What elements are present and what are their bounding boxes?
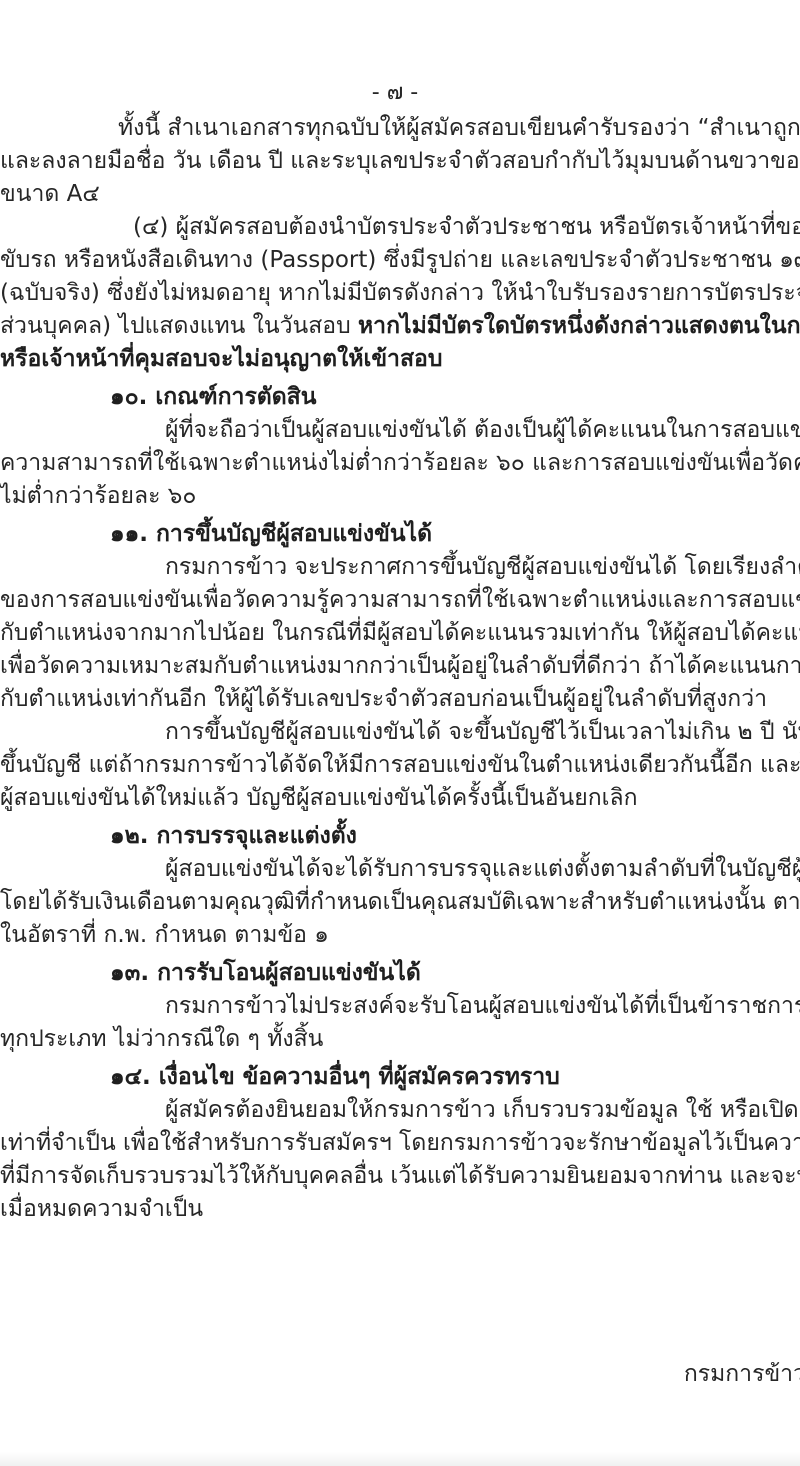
- section-14-line-3: ที่มีการจัดเก็บรวบรวมไว้ให้กับบุคคลอื่น …: [0, 1160, 800, 1193]
- footer-signature: กรมการข้าว: [684, 1358, 800, 1391]
- scan-edge-shadow: [0, 1452, 800, 1466]
- section-11-heading: ๑๑. การขึ้นบัญชีผู้สอบแข่งขันได้: [0, 518, 800, 551]
- scanned-document-page: - ๗ - ทั้งนี้ สำเนาเอกสารทุกฉบับให้ผู้สม…: [0, 0, 800, 1466]
- section-11-para1-line-1: กรมการข้าว จะประกาศการขึ้นบัญชีผู้สอบแข่…: [0, 551, 800, 584]
- section-13-line-1: กรมการข้าวไม่ประสงค์จะรับโอนผู้สอบแข่งขั…: [0, 990, 800, 1023]
- section-14-line-4: เมื่อหมดความจำเป็น: [0, 1193, 800, 1226]
- section-12-line-1: ผู้สอบแข่งขันได้จะได้รับการบรรจุและแต่งต…: [0, 853, 800, 886]
- section-13-line-2: ทุกประเภท ไม่ว่ากรณีใด ๆ ทั้งสิ้น: [0, 1023, 800, 1056]
- page-number: - ๗ -: [0, 76, 800, 109]
- item4-line-5: หรือเจ้าหน้าที่คุมสอบจะไม่อนุญาตให้เข้าส…: [0, 343, 800, 376]
- section-14-heading: ๑๔. เงื่อนไข ข้อความอื่นๆ ที่ผู้สมัครควร…: [0, 1061, 800, 1094]
- section-13-heading: ๑๓. การรับโอนผู้สอบแข่งขันได้: [0, 957, 800, 990]
- section-10-line-2: ความสามารถที่ใช้เฉพาะตำแหน่งไม่ต่ำกว่าร้…: [0, 447, 800, 480]
- section-10-heading: ๑๐. เกณฑ์การตัดสิน: [0, 381, 800, 414]
- item4-line-4: ส่วนบุคคล) ไปแสดงแทน ในวันสอบ หากไม่มีบั…: [0, 310, 800, 343]
- section-14-line-2: เท่าที่จำเป็น เพื่อใช้สำหรับการรับสมัครฯ…: [0, 1127, 800, 1160]
- item4-line-4-normal: ส่วนบุคคล) ไปแสดงแทน ในวันสอบ: [0, 313, 358, 339]
- section-11-para1-line-5: กับตำแหน่งเท่ากันอีก ให้ผู้ได้รับเลขประจ…: [0, 683, 800, 716]
- section-11-para2-line-3: ผู้สอบแข่งขันได้ใหม่แล้ว บัญชีผู้สอบแข่ง…: [0, 782, 800, 815]
- section-10-line-3: ไม่ต่ำกว่าร้อยละ ๖๐: [0, 480, 800, 513]
- intro-line-2: และลงลายมือชื่อ วัน เดือน ปี และระบุเลขป…: [0, 145, 800, 178]
- section-12-line-2: โดยได้รับเงินเดือนตามคุณวุฒิที่กำหนดเป็น…: [0, 886, 800, 919]
- item4-line-4-bold: หากไม่มีบัตรใดบัตรหนึ่งดังกล่าวแสดงตนในก…: [358, 313, 800, 339]
- item4-line-2: ขับรถ หรือหนังสือเดินทาง (Passport) ซึ่ง…: [0, 244, 800, 277]
- section-14-line-1: ผู้สมัครต้องยินยอมให้กรมการข้าว เก็บรวบร…: [0, 1094, 800, 1127]
- item4-line-3: (ฉบับจริง) ซึ่งยังไม่หมดอายุ หากไม่มีบัต…: [0, 277, 800, 310]
- section-11-para1-line-3: กับตำแหน่งจากมากไปน้อย ในกรณีที่มีผู้สอบ…: [0, 617, 800, 650]
- intro-line-1: ทั้งนี้ สำเนาเอกสารทุกฉบับให้ผู้สมัครสอบ…: [0, 112, 800, 145]
- section-11-para2-line-1: การขึ้นบัญชีผู้สอบแข่งขันได้ จะขึ้นบัญชี…: [0, 716, 800, 749]
- intro-line-3: ขนาด A๔: [0, 178, 800, 211]
- section-10-line-1: ผู้ที่จะถือว่าเป็นผู้สอบแข่งขันได้ ต้องเ…: [0, 414, 800, 447]
- document-body: - ๗ - ทั้งนี้ สำเนาเอกสารทุกฉบับให้ผู้สม…: [0, 76, 800, 1226]
- section-11-para2-line-2: ขึ้นบัญชี แต่ถ้ากรมการข้าวได้จัดให้มีการ…: [0, 749, 800, 782]
- section-11-para1-line-2: ของการสอบแข่งขันเพื่อวัดความรู้ความสามาร…: [0, 584, 800, 617]
- item4-line-1: (๔) ผู้สมัครสอบต้องนำบัตรประจำตัวประชาชน…: [0, 211, 800, 244]
- section-11-para1-line-4: เพื่อวัดความเหมาะสมกับตำแหน่งมากกว่าเป็น…: [0, 650, 800, 683]
- section-12-heading: ๑๒. การบรรจุและแต่งตั้ง: [0, 820, 800, 853]
- section-12-line-3: ในอัตราที่ ก.พ. กำหนด ตามข้อ ๑: [0, 919, 800, 952]
